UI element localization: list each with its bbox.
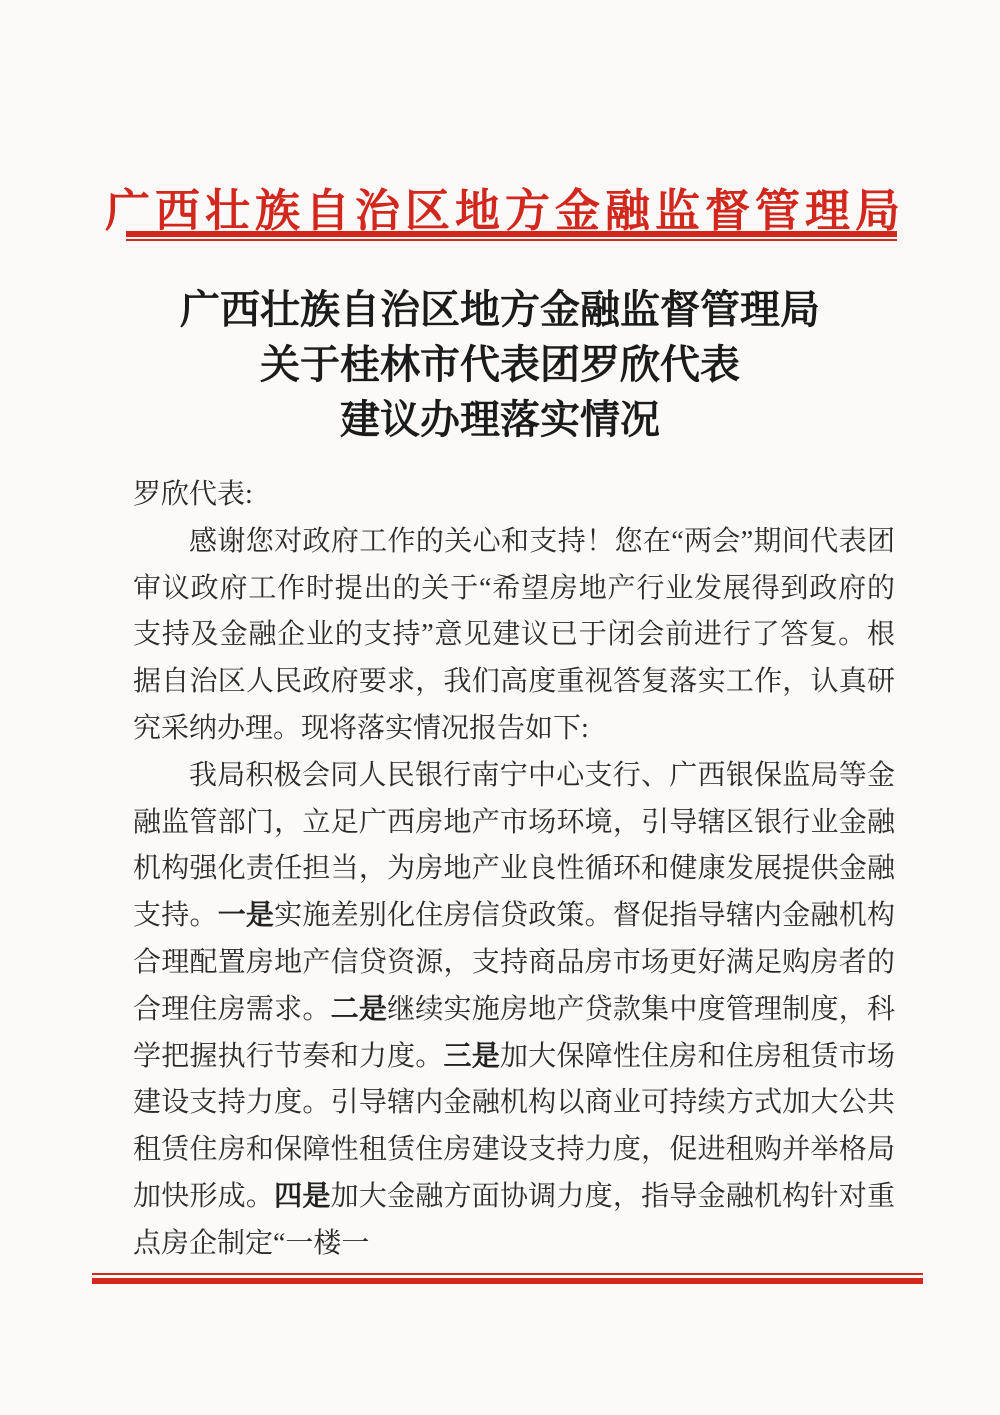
footer-divider-thick-line <box>92 1278 923 1284</box>
document-title: 广西壮族自治区地方金融监督管理局 关于桂林市代表团罗欣代表 建议办理落实情况 <box>0 282 1000 447</box>
document-title-line-1: 广西壮族自治区地方金融监督管理局 <box>0 282 1000 337</box>
footer-divider <box>92 1273 923 1284</box>
body-run-bold: 二是 <box>331 994 387 1025</box>
body-run-bold: 一是 <box>218 900 274 931</box>
footer-divider-thin-line <box>92 1273 923 1275</box>
salutation: 罗欣代表: <box>133 472 895 519</box>
body-run-bold: 四是 <box>274 1181 330 1212</box>
body-paragraph: 我局积极会同人民银行南宁中心支行、广西银保监局等金融监管部门，立足广西房地产市场… <box>133 753 895 1268</box>
letter-body: 罗欣代表: 感谢您对政府工作的关心和支持！您在“两会”期间代表团审议政府工作时提… <box>133 472 895 1268</box>
document-page: 广西壮族自治区地方金融监督管理局 广西壮族自治区地方金融监督管理局 关于桂林市代… <box>0 0 1000 1415</box>
letterhead-divider-thin-line <box>126 239 897 241</box>
document-title-line-3: 建议办理落实情况 <box>0 392 1000 447</box>
letterhead-divider <box>126 231 897 241</box>
body-run: 感谢您对政府工作的关心和支持！您在“两会”期间代表团审议政府工作时提出的关于“希… <box>133 526 895 744</box>
body-run-bold: 三是 <box>444 1041 500 1072</box>
letterhead-divider-thick-line <box>126 231 897 237</box>
letterhead-org-name: 广西壮族自治区地方金融监督管理局 <box>0 174 1000 239</box>
body-paragraph: 感谢您对政府工作的关心和支持！您在“两会”期间代表团审议政府工作时提出的关于“希… <box>133 519 895 753</box>
body-paragraphs: 感谢您对政府工作的关心和支持！您在“两会”期间代表团审议政府工作时提出的关于“希… <box>133 519 895 1268</box>
document-title-line-2: 关于桂林市代表团罗欣代表 <box>0 337 1000 392</box>
